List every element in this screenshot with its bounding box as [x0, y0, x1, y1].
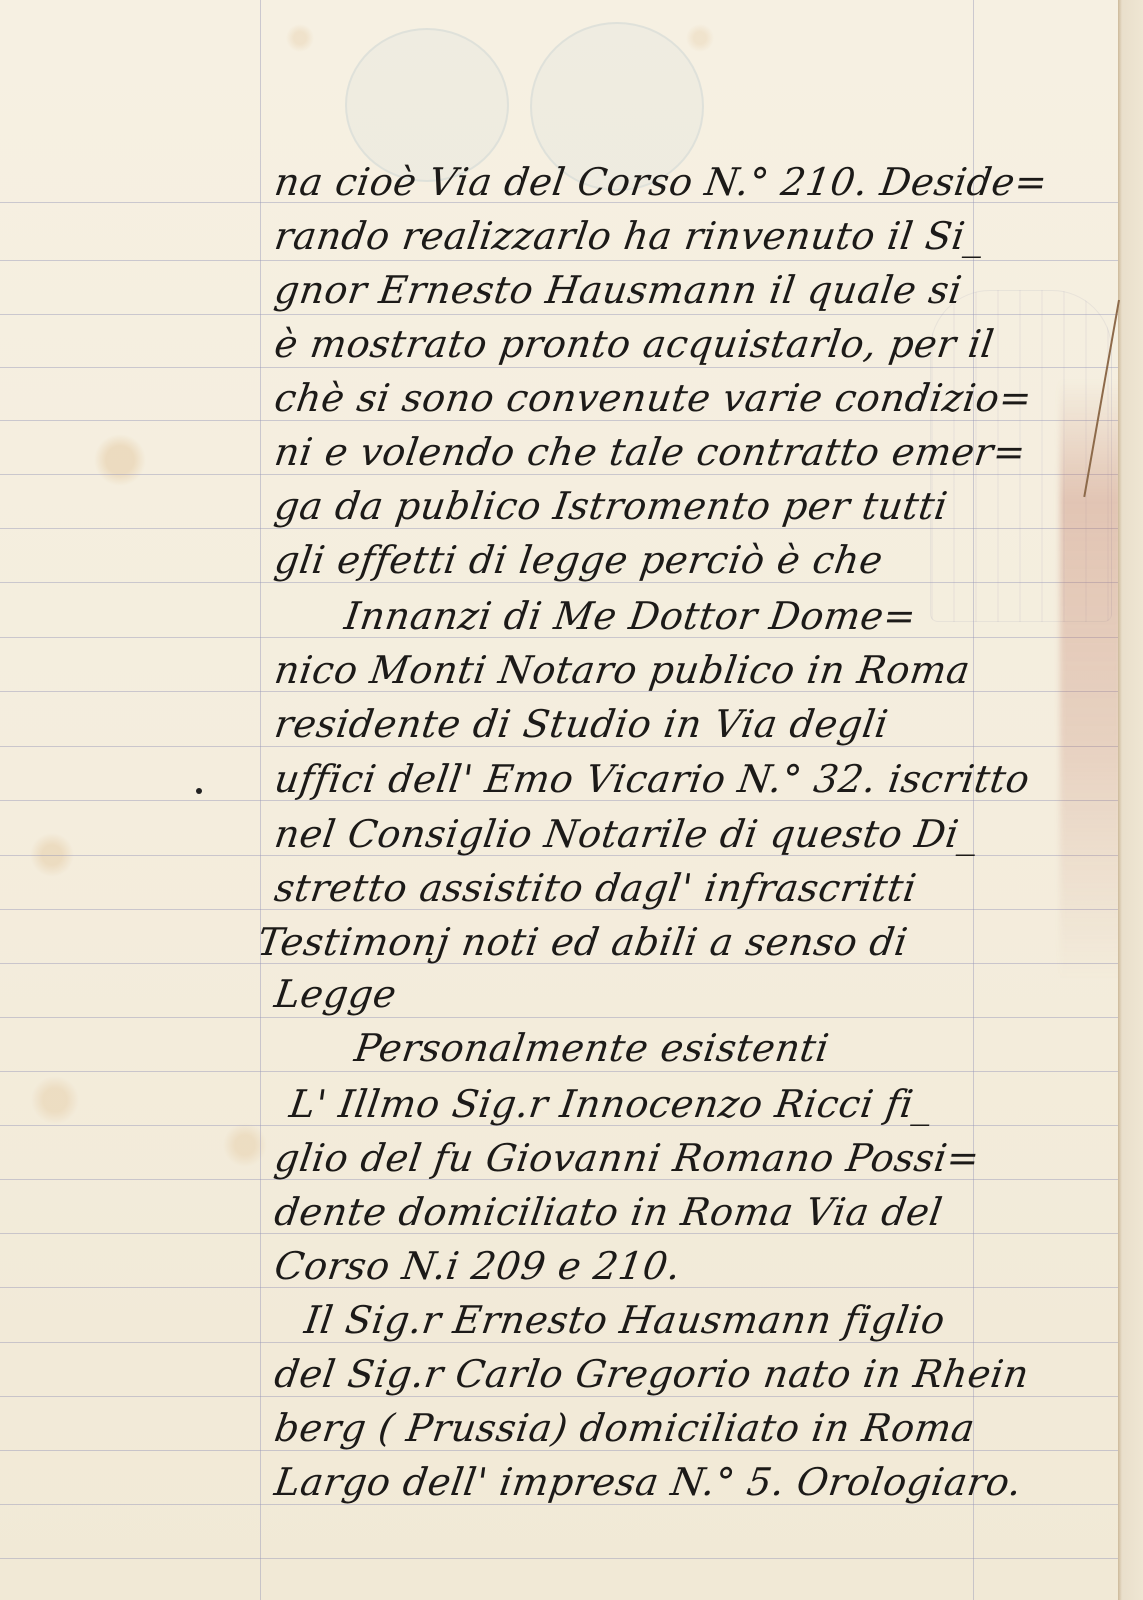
- ruled-line: [0, 1504, 1122, 1505]
- text-line: Largo dell' impresa N.° 5. Orologiaro.: [272, 1460, 1025, 1504]
- document-page: na cioè Via del Corso N.° 210. Deside= r…: [0, 0, 1122, 1600]
- ruled-line: [0, 1558, 1122, 1559]
- text-line: na cioè Via del Corso N.° 210. Deside=: [272, 160, 1050, 204]
- text-line: gnor Ernesto Hausmann il quale si: [272, 268, 965, 312]
- page-binding-edge: [1118, 0, 1143, 1600]
- text-line: uffici dell' Emo Vicario N.° 32. iscritt…: [272, 757, 1033, 801]
- rust-stain: [1060, 380, 1122, 980]
- ruled-line: [0, 1342, 1122, 1343]
- text-line: nel Consiglio Notarile di questo Di_: [272, 812, 981, 856]
- text-line: Innanzi di Me Dottor Dome=: [342, 594, 919, 638]
- text-line: residente di Studio in Via degli: [272, 702, 891, 746]
- text-line: ni e volendo che tale contratto emer=: [272, 430, 1029, 474]
- text-line: rando realizzarlo ha rinvenuto il Si_: [272, 214, 988, 258]
- text-line: Testimonj noti ed abili a senso di: [255, 920, 911, 964]
- ruled-line: [0, 1071, 1122, 1072]
- ruled-line: [0, 367, 1122, 368]
- text-line: Corso N.i 209 e 210.: [272, 1244, 684, 1288]
- ink-blot: [196, 788, 202, 794]
- ruled-line: [0, 474, 1122, 475]
- left-margin-line: [260, 0, 261, 1600]
- text-line: nico Monti Notaro publico in Roma: [272, 648, 973, 692]
- text-line: è mostrato pronto acquistarlo, per il: [272, 322, 997, 366]
- watermark-stamp-left: [345, 28, 509, 182]
- text-line: ga da publico Istromento per tutti: [272, 484, 951, 528]
- text-line: stretto assistito dagl' infrascritti: [272, 866, 919, 910]
- text-line: L' Illmo Sig.r Innocenzo Ricci fi_: [287, 1082, 936, 1126]
- ruled-line: [0, 746, 1122, 747]
- ruled-line: [0, 582, 1122, 583]
- ruled-line: [0, 1450, 1122, 1451]
- text-line: chè si sono convenute varie condizio=: [272, 376, 1035, 420]
- text-line: Il Sig.r Ernesto Hausmann figlio: [302, 1298, 948, 1342]
- text-line: del Sig.r Carlo Gregorio nato in Rhein: [272, 1352, 1032, 1396]
- ruled-line: [0, 420, 1122, 421]
- ruled-line: [0, 1396, 1122, 1397]
- ruled-line: [0, 1017, 1122, 1018]
- text-line: Personalmente esistenti: [352, 1026, 832, 1070]
- text-line: glio del fu Giovanni Romano Possi=: [272, 1136, 983, 1180]
- ruled-line: [0, 260, 1122, 261]
- ruled-line: [0, 528, 1122, 529]
- ruled-line: [0, 314, 1122, 315]
- text-line: gli effetti di legge perciò è che: [272, 538, 886, 582]
- text-line: Legge: [272, 972, 400, 1016]
- text-line: berg ( Prussia) domiciliato in Roma: [272, 1406, 978, 1450]
- text-line: dente domiciliato in Roma Via del: [272, 1190, 945, 1234]
